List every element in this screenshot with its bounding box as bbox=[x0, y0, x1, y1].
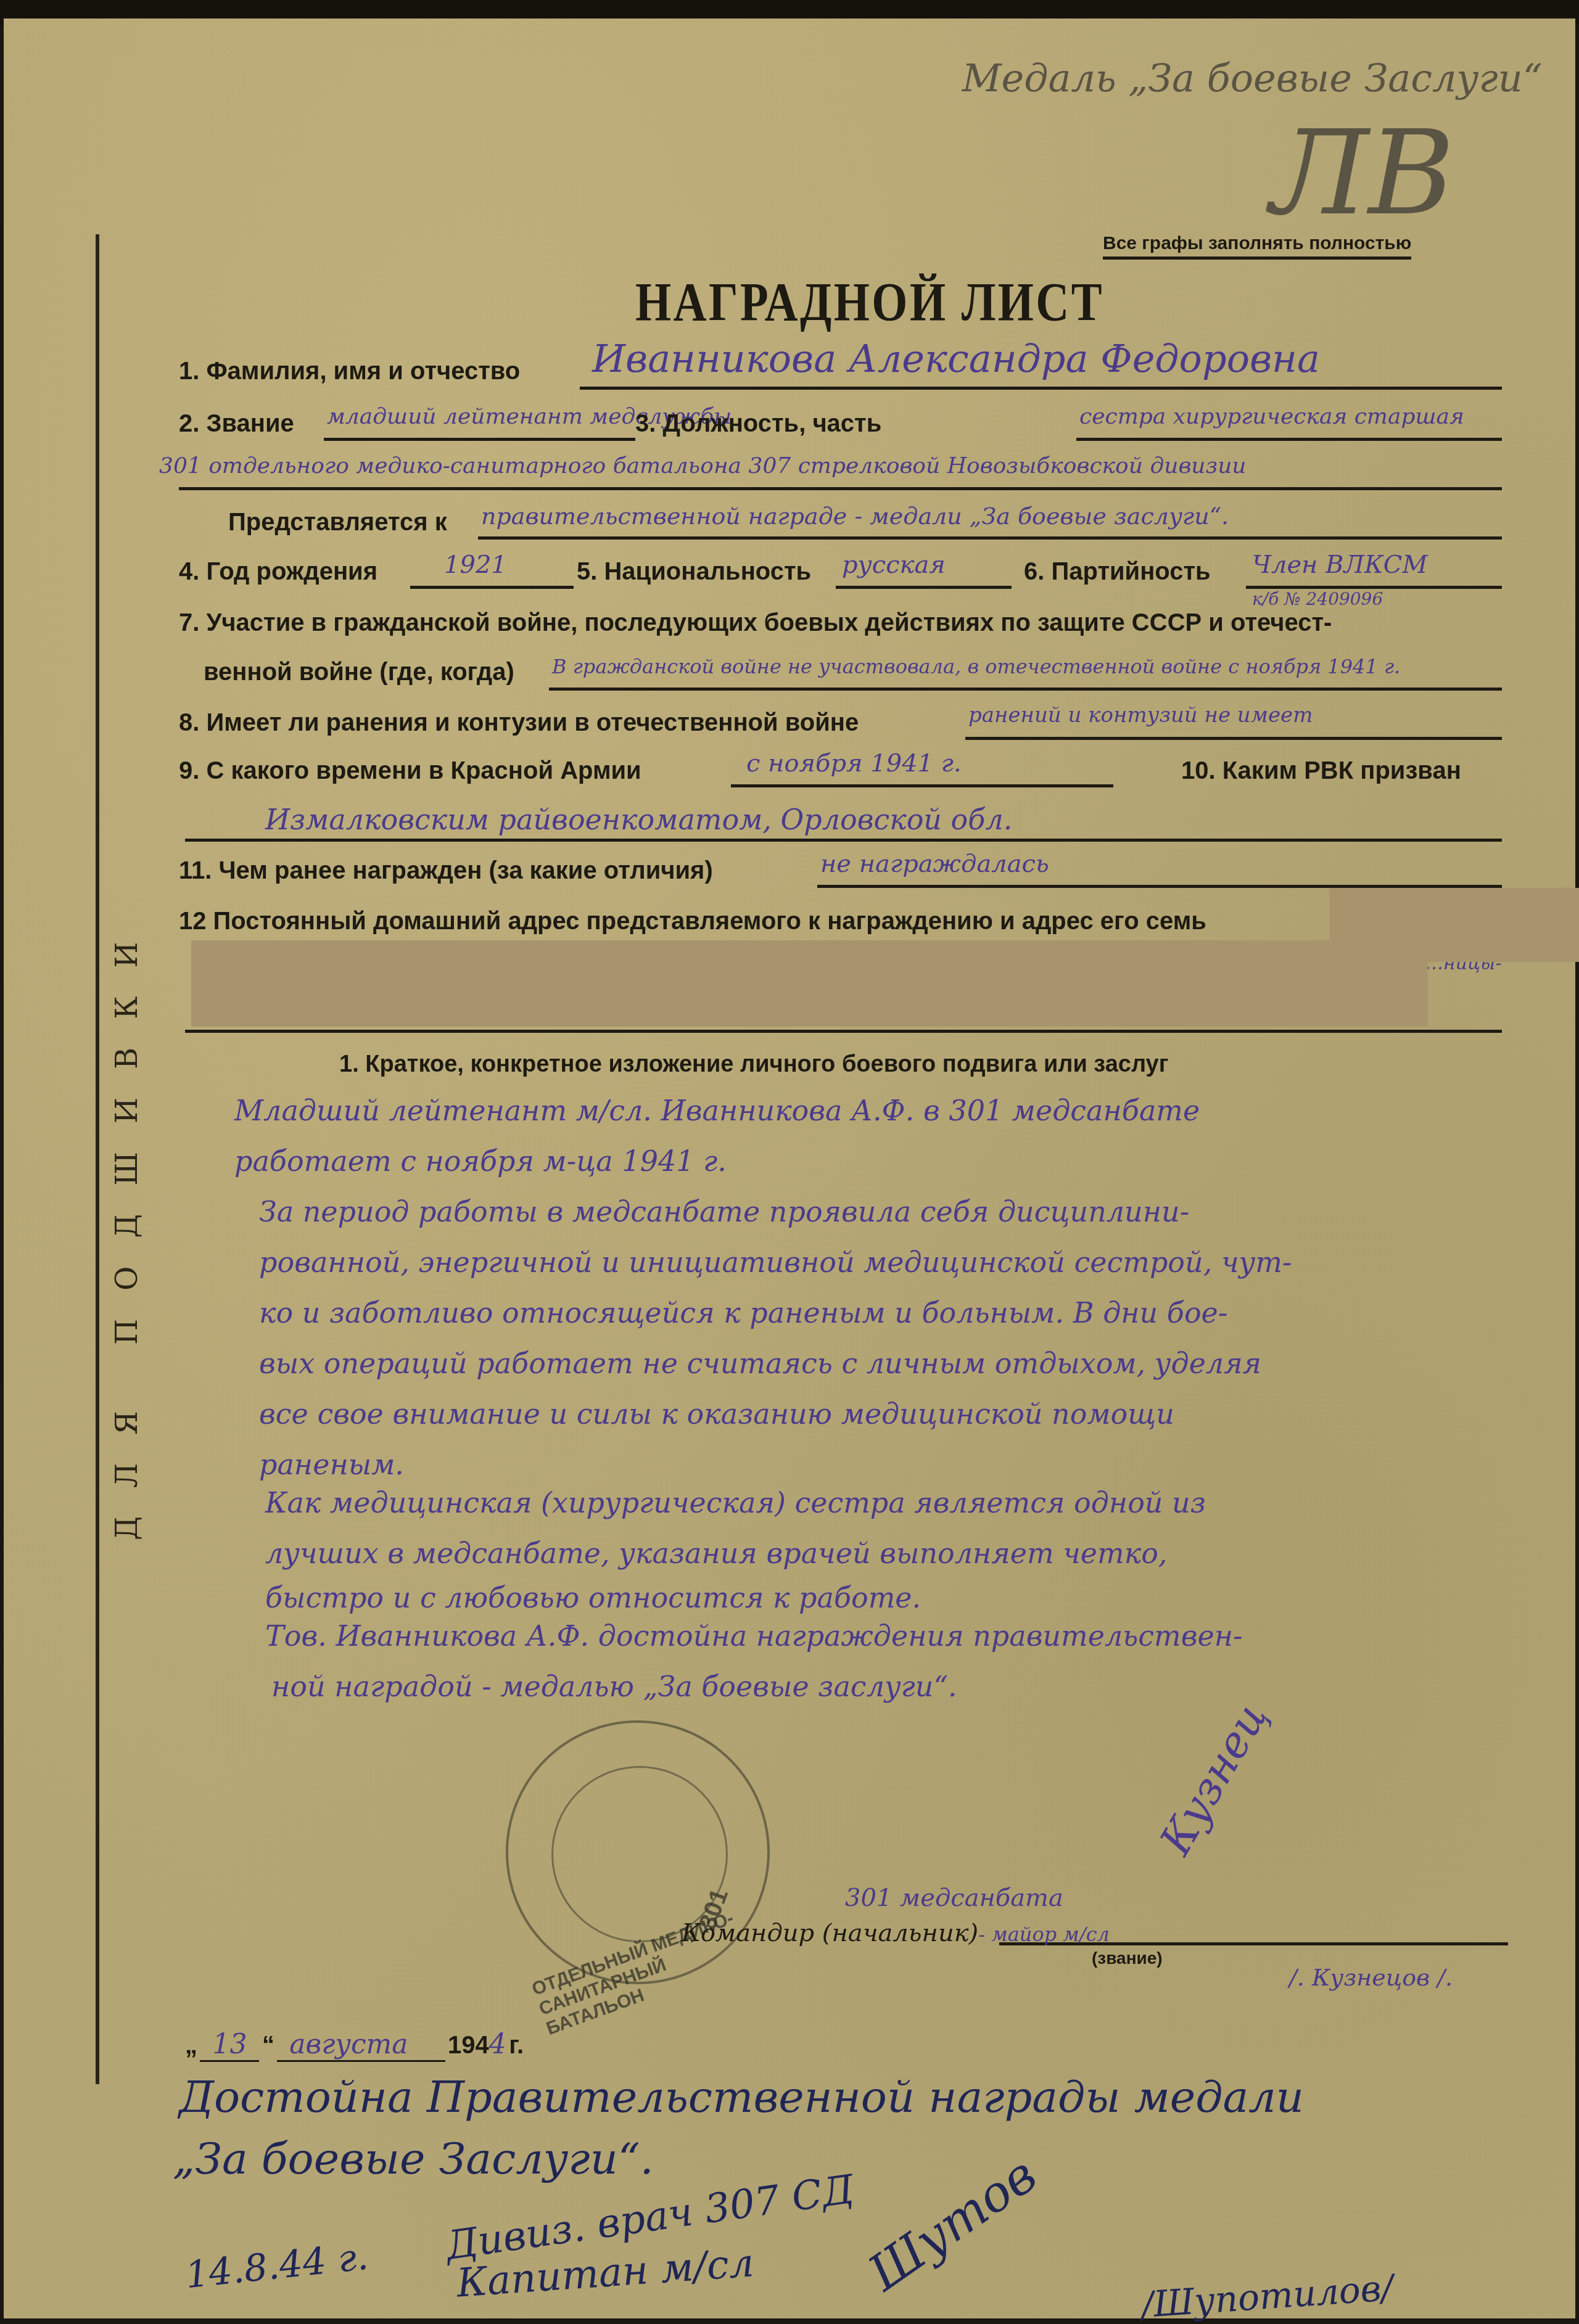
field-3-value-line2: 301 отдельного медико-санитарного баталь… bbox=[159, 453, 1247, 478]
date-year-prefix: 194 bbox=[448, 2032, 489, 2059]
presented-for-value: правительственной награде - медали „За б… bbox=[481, 503, 1229, 530]
field-11-value: не награждалась bbox=[820, 850, 1049, 878]
page-title: НАГРАДНОЙ ЛИСТ bbox=[635, 271, 1104, 334]
field-2-label: 2. Звание bbox=[179, 410, 294, 438]
field-6-value: Член ВЛКСМ bbox=[1252, 551, 1427, 579]
field-7-label-line1: 7. Участие в гражданской войне, последую… bbox=[179, 609, 1332, 637]
commander-label: Командир (начальник) bbox=[682, 1919, 978, 1947]
merit-line: все свое внимание и силы к оказанию меди… bbox=[234, 1389, 1530, 1439]
field-7-value: В гражданской войне не участвовала, в от… bbox=[552, 655, 1400, 678]
spine-label: ДЛЯ ПОДШИВКИ bbox=[110, 789, 147, 1665]
field-1-value: Иванникова Александра Федоровна bbox=[592, 336, 1320, 381]
field-1-label: 1. Фамилия, имя и отчество bbox=[179, 358, 520, 385]
redacted-address-block-2 bbox=[191, 940, 1428, 1027]
field-3-value-line1: сестра хирургическая старшая bbox=[1079, 404, 1464, 429]
field-7-label-line2: венной войне (где, когда) bbox=[204, 659, 514, 686]
rank-caption: (звание) bbox=[1092, 1948, 1163, 1968]
resolution-line-2: „За боевые Заслуги“. bbox=[173, 2133, 654, 2184]
merit-line: вых операций работает не считаясь с личн… bbox=[234, 1338, 1530, 1389]
merit-description: Младший лейтенант м/сл. Иванникова А.Ф. … bbox=[234, 1085, 1530, 1712]
date-month: августа bbox=[277, 2029, 445, 2062]
field-4-label: 4. Год рождения bbox=[179, 558, 377, 586]
merit-line: рованной, энергичной и инициативной меди… bbox=[234, 1237, 1530, 1287]
presented-for-label: Представляется к bbox=[228, 509, 447, 536]
field-9-label: 9. С какого времени в Красной Армии bbox=[179, 757, 641, 785]
pencil-annotation: Медаль „За боевые Заслуги“ bbox=[962, 55, 1542, 101]
signature-unit: 301 медсанбата bbox=[845, 1884, 1063, 1912]
date-year-end: г. bbox=[509, 2032, 524, 2059]
date-year-suffix: 4 bbox=[489, 2029, 506, 2060]
header-note: Все графы заполнять полностью bbox=[1103, 233, 1411, 260]
field-11-label: 11. Чем ранее награжден (за какие отличи… bbox=[179, 857, 713, 885]
field-8-value: ранений и контузий не имеет bbox=[968, 703, 1313, 728]
merit-line: За период работы в медсанбате проявила с… bbox=[234, 1186, 1530, 1237]
merit-line: ной наградой - медалью „За боевые заслуг… bbox=[234, 1661, 1530, 1712]
field-6-label: 6. Партийность bbox=[1024, 558, 1211, 586]
merit-line: лучших в медсанбате, указания врачей вып… bbox=[234, 1528, 1530, 1579]
date-day: 13 bbox=[200, 2029, 259, 2062]
merit-line: Тов. Иванникова А.Ф. достойна награждени… bbox=[234, 1611, 1530, 1661]
commander-label-row: Командир (начальник)- майор м/сл bbox=[682, 1919, 1110, 1947]
merit-line: ко и заботливо относящейся к раненым и б… bbox=[234, 1287, 1530, 1338]
field-6-membership-card: к/б № 2409096 bbox=[1252, 589, 1383, 609]
commander-name: /. Кузнецов /. bbox=[1289, 1964, 1453, 1991]
commander-rank: - майор м/сл bbox=[978, 1923, 1110, 1946]
field-9-value: с ноября 1941 г. bbox=[746, 749, 962, 778]
merit-line: работает с ноября м-ца 1941 г. bbox=[234, 1136, 1530, 1186]
pencil-initials: ЛВ bbox=[1271, 105, 1454, 241]
merit-line: Младший лейтенант м/сл. Иванникова А.Ф. … bbox=[234, 1085, 1530, 1136]
section-1-heading: 1. Краткое, конкретное изложение личного… bbox=[339, 1051, 1169, 1078]
date-row: „ 13 “ августа 1944 г. bbox=[185, 2029, 524, 2060]
field-8-label: 8. Имеет ли ранения и контузии в отечест… bbox=[179, 709, 859, 737]
binding-margin-line bbox=[96, 234, 99, 2084]
date-quote-close: “ bbox=[262, 2032, 274, 2059]
field-12-label: 12 Постоянный домашний адрес представляе… bbox=[179, 908, 1206, 935]
field-3-label: 3. Должность, часть bbox=[635, 410, 881, 438]
field-5-value: русская bbox=[842, 551, 946, 579]
field-10-value: Измалковским райвоенкоматом, Орловской о… bbox=[265, 803, 1012, 836]
merit-line: Как медицинская (хирургическая) сестра я… bbox=[234, 1477, 1530, 1528]
date-quote: „ bbox=[185, 2032, 197, 2059]
field-5-label: 5. Национальность bbox=[577, 558, 811, 586]
field-4-value: 1921 bbox=[444, 551, 507, 579]
resolution-line-1: Достойна Правительственной награды медал… bbox=[179, 2072, 1304, 2122]
field-10-label: 10. Каким РВК призван bbox=[1181, 757, 1461, 785]
